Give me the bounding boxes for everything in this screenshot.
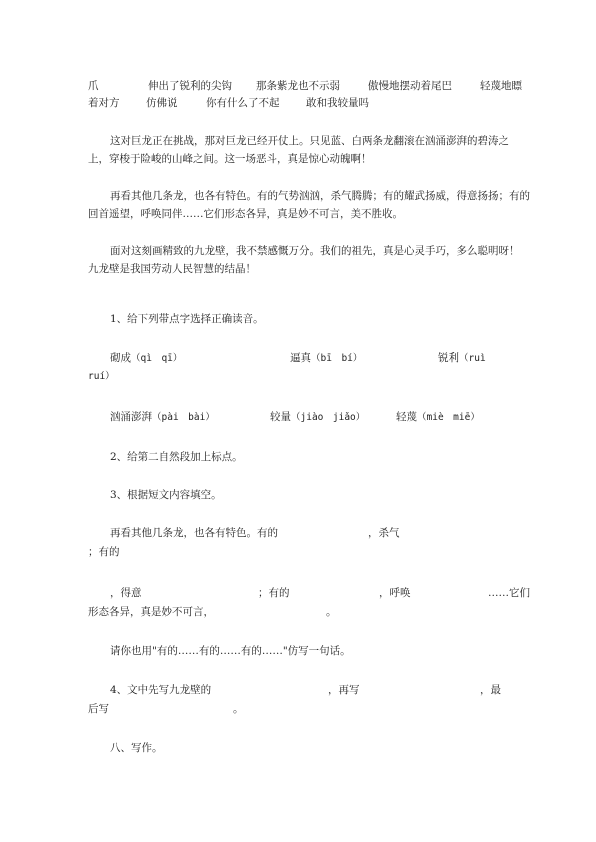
phrase: 仿佛说 xyxy=(146,96,206,110)
phrase-row-2: 着对方仿佛说你有什么了不起敢和我较量吗 xyxy=(88,96,369,110)
question-4-line-1: 4、文中先写九龙壁的，再写，最 xyxy=(110,683,501,697)
pinyin-options: （jiào jiǎo） xyxy=(291,412,365,423)
fill-text: 。 xyxy=(326,606,337,618)
fill-text: ……它们 xyxy=(488,587,530,599)
fill-text: ，得意 xyxy=(110,586,258,600)
fill-text: 后写 xyxy=(88,702,233,716)
pinyin-item: 较量（jiào jiǎo） xyxy=(270,410,396,425)
paragraph-1-line-2: 上，穿梭于险峻的山峰之间。这一场恶斗，真是惊心动魄啊！ xyxy=(88,152,372,166)
fill-text: 。 xyxy=(233,703,244,715)
word: 汹涌澎湃 xyxy=(110,411,152,423)
pinyin-row-1-wrap: ruí） xyxy=(88,370,115,384)
fill-line-3: ，得意；有的，呼唤……它们 xyxy=(110,586,530,600)
paragraph-3-line-1: 面对这刻画精致的九龙壁，我不禁感慨万分。我们的祖先，真是心灵手巧，多么聪明呀！ xyxy=(110,244,520,258)
phrase: 轻蔑地瞟 xyxy=(480,79,522,93)
question-4-line-2: 后写。 xyxy=(88,702,244,716)
phrase: 着对方 xyxy=(88,96,146,110)
fill-text: 形态各异，真是妙不可言， xyxy=(88,605,326,619)
question-2-title: 2、给第二自然段加上标点。 xyxy=(110,450,243,464)
word: 轻蔑 xyxy=(396,411,417,423)
word: 砌成 xyxy=(110,352,131,364)
word: 逼真 xyxy=(290,352,311,364)
paragraph-3-line-2: 九龙壁是我国劳动人民智慧的结晶！ xyxy=(88,262,256,276)
phrase: 敢和我较量吗 xyxy=(306,96,369,110)
pinyin-item: 砌成（qì qī） xyxy=(110,351,290,366)
fill-text: ，再写 xyxy=(328,683,480,697)
fill-text: ；有的 xyxy=(258,586,379,600)
phrase: 你有什么了不起 xyxy=(206,96,306,110)
pinyin-options: （miè miē） xyxy=(417,412,480,423)
paragraph-2-line-2: 回首遥望，呼唤同伴……它们形态各异，真是妙不可言，美不胜收。 xyxy=(88,207,403,221)
fill-text: ，杀气 xyxy=(368,527,400,539)
question-1-title: 1、给下列带点字选择正确读音。 xyxy=(110,312,264,326)
phrase-row-1: 爪伸出了锐利的尖钩那条紫龙也不示弱傲慢地摆动着尾巴轻蔑地瞟 xyxy=(88,79,522,93)
fill-text: ，呼唤 xyxy=(379,586,488,600)
fill-line-2: ；有的 xyxy=(88,545,120,559)
imitate-instruction: 请你也用"有的……有的……有的……"仿写一句话。 xyxy=(110,644,351,658)
paragraph-1-line-1: 这对巨龙正在挑战，那对巨龙已经开仗上。只见蓝、白两条龙翻滚在汹涌澎湃的碧涛之 xyxy=(110,134,509,148)
pinyin-item: 汹涌澎湃（pài bài） xyxy=(110,410,270,425)
phrase: 那条紫龙也不示弱 xyxy=(256,79,368,93)
word: 较量 xyxy=(270,411,291,423)
fill-line-1: 再看其他几条龙，也各有特色。有的，杀气 xyxy=(110,526,400,540)
word: 锐利 xyxy=(438,352,459,364)
question-3-title: 3、根据短文内容填空。 xyxy=(110,488,222,502)
fill-text: 再看其他几条龙，也各有特色。有的 xyxy=(110,526,368,540)
pinyin-options: （qì qī） xyxy=(131,353,182,364)
paragraph-2-line-1: 再看其他几条龙，也各有特色。有的气势汹汹，杀气腾腾；有的耀武扬威，得意扬扬；有的 xyxy=(110,189,530,203)
pinyin-item: 轻蔑（miè miē） xyxy=(396,410,480,425)
fill-text: ，最 xyxy=(480,684,501,696)
pinyin-options: （pài bài） xyxy=(152,412,215,423)
phrase: 伸出了锐利的尖钩 xyxy=(148,79,256,93)
phrase: 傲慢地摆动着尾巴 xyxy=(368,79,480,93)
fill-text: 4、文中先写九龙壁的 xyxy=(110,683,328,697)
section-8-title: 八、写作。 xyxy=(110,741,163,755)
pinyin-item: 逼真（bī bí） xyxy=(290,351,438,366)
pinyin-options: （ruì xyxy=(459,353,486,364)
fill-line-4: 形态各异，真是妙不可言，。 xyxy=(88,605,337,619)
phrase: 爪 xyxy=(88,79,148,93)
pinyin-row-1: 砌成（qì qī）逼真（bī bí）锐利（ruì xyxy=(110,351,486,366)
pinyin-options: （bī bí） xyxy=(311,353,362,364)
pinyin-row-2: 汹涌澎湃（pài bài）较量（jiào jiǎo）轻蔑（miè miē） xyxy=(110,410,480,425)
pinyin-item: 锐利（ruì xyxy=(438,351,486,366)
